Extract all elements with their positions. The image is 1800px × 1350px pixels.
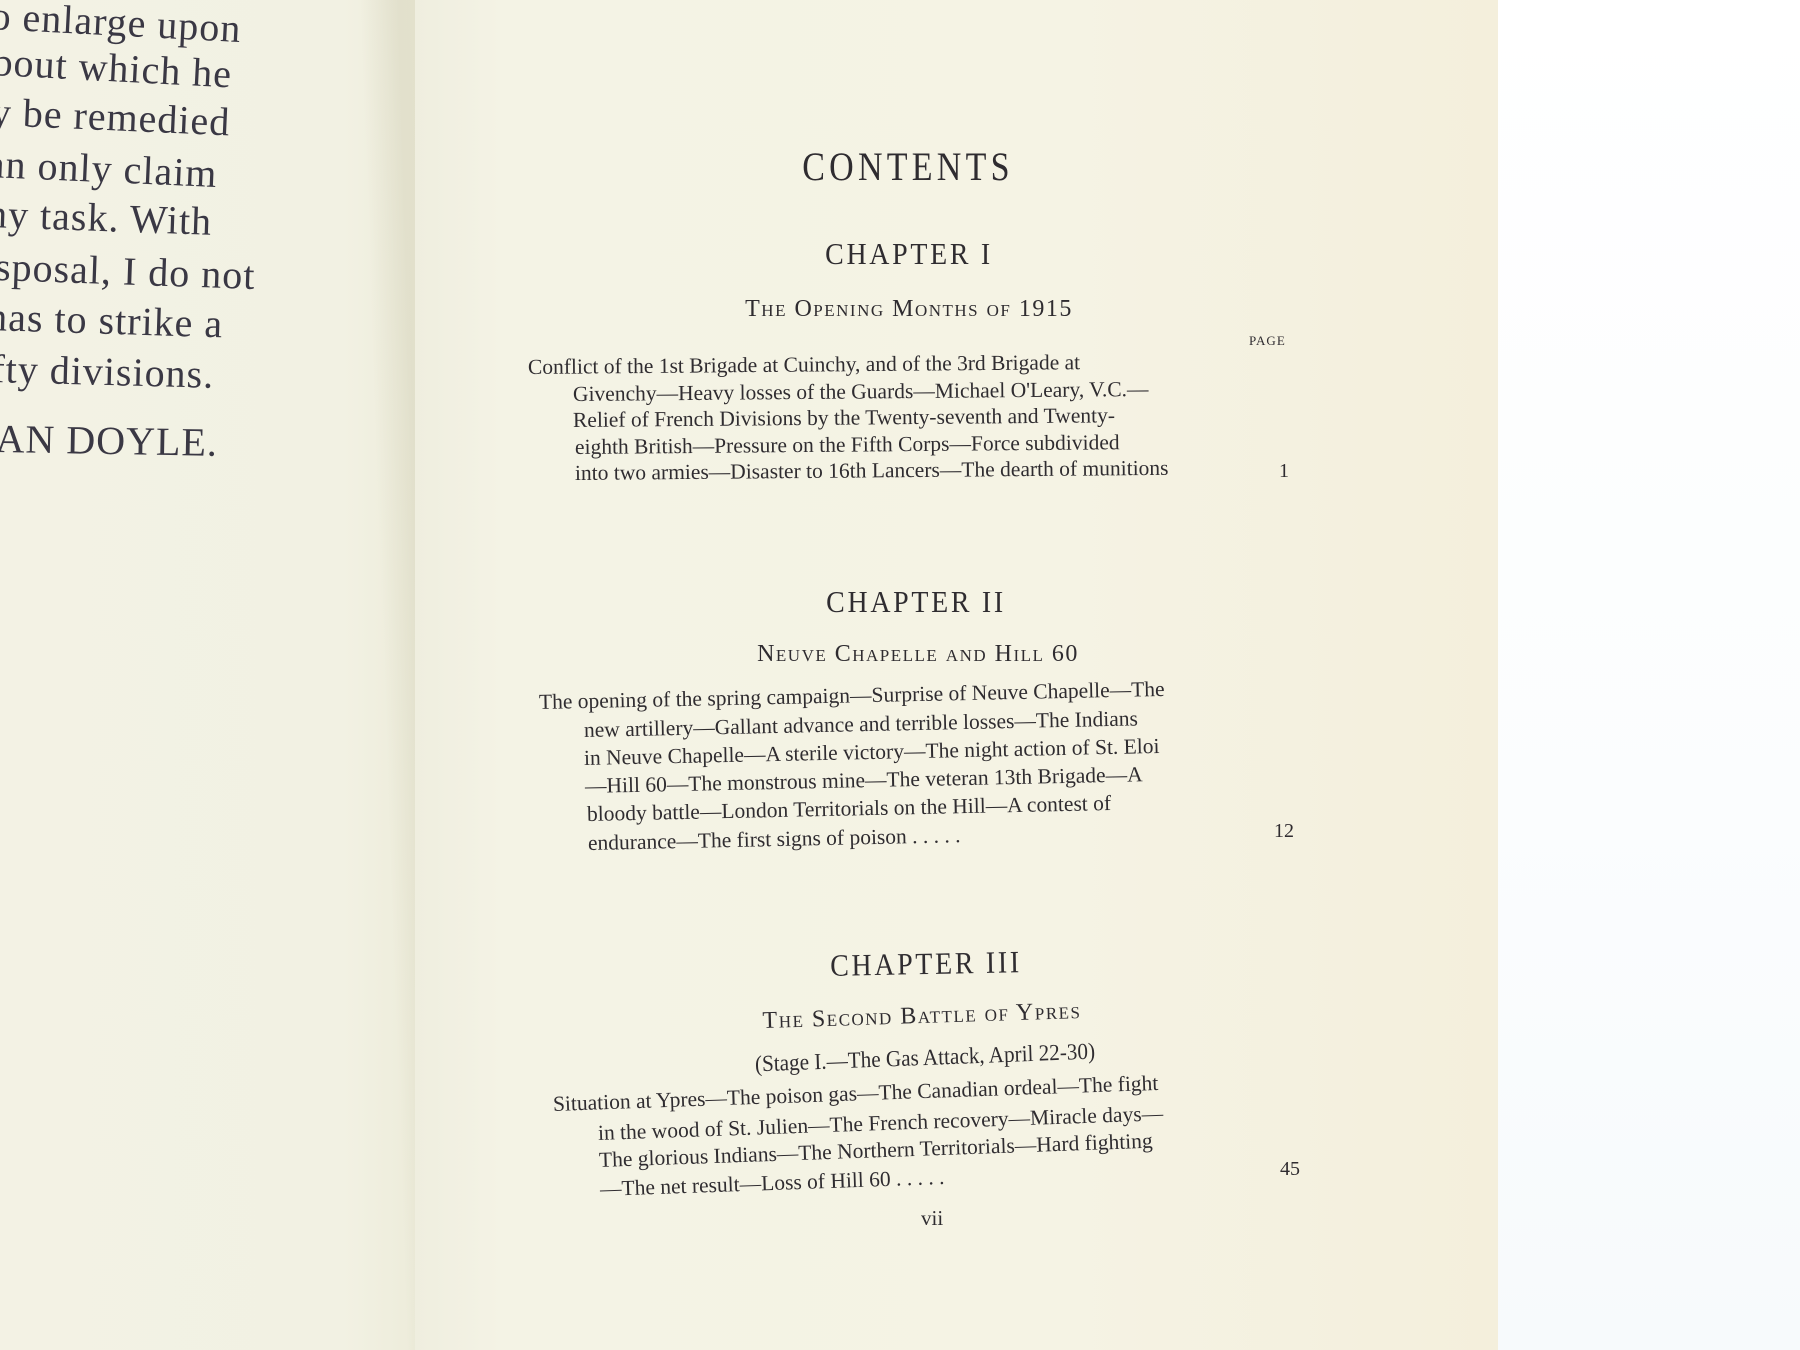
- left-page-signature: AN DOYLE.: [0, 415, 218, 466]
- left-page-line: an only claim: [0, 140, 218, 197]
- left-page-line: nas to strike a: [0, 293, 224, 347]
- page-folio: vii: [921, 1206, 943, 1231]
- chapter-3-page-number[interactable]: 45: [1280, 1158, 1300, 1181]
- chapter-1-summary-line: Givenchy—Heavy losses of the Guards—Mich…: [573, 377, 1149, 407]
- left-page-line: fty divisions.: [0, 345, 215, 398]
- page-column-label: PAGE: [1249, 333, 1286, 349]
- chapter-1-label: CHAPTER I: [825, 236, 993, 272]
- chapter-1-summary-line: into two armies—Disaster to 16th Lancers…: [575, 456, 1169, 486]
- left-page-line: ny task. With: [0, 190, 213, 245]
- chapter-1-summary-line: Conflict of the 1st Brigade at Cuinchy, …: [528, 350, 1080, 380]
- background-surface: [1498, 0, 1800, 1350]
- chapter-2-page-number[interactable]: 12: [1274, 820, 1294, 843]
- chapter-1-title: The Opening Months of 1915: [745, 296, 1073, 323]
- left-page-line: y be remedied: [0, 88, 231, 145]
- chapter-1-summary-line: Relief of French Divisions by the Twenty…: [573, 403, 1115, 433]
- chapter-3-label: CHAPTER III: [830, 944, 1022, 984]
- chapter-1-summary-line: eighth British—Pressure on the Fifth Cor…: [575, 430, 1120, 460]
- chapter-1-page-number[interactable]: 1: [1279, 460, 1289, 483]
- chapter-2-label: CHAPTER II: [826, 584, 1006, 620]
- chapter-2-title: Neuve Chapelle and Hill 60: [757, 641, 1079, 668]
- left-page: o enlarge upon bout which he y be remedi…: [0, 0, 430, 1350]
- left-page-line: sposal, I do not: [0, 243, 256, 299]
- contents-heading: CONTENTS: [802, 143, 1014, 190]
